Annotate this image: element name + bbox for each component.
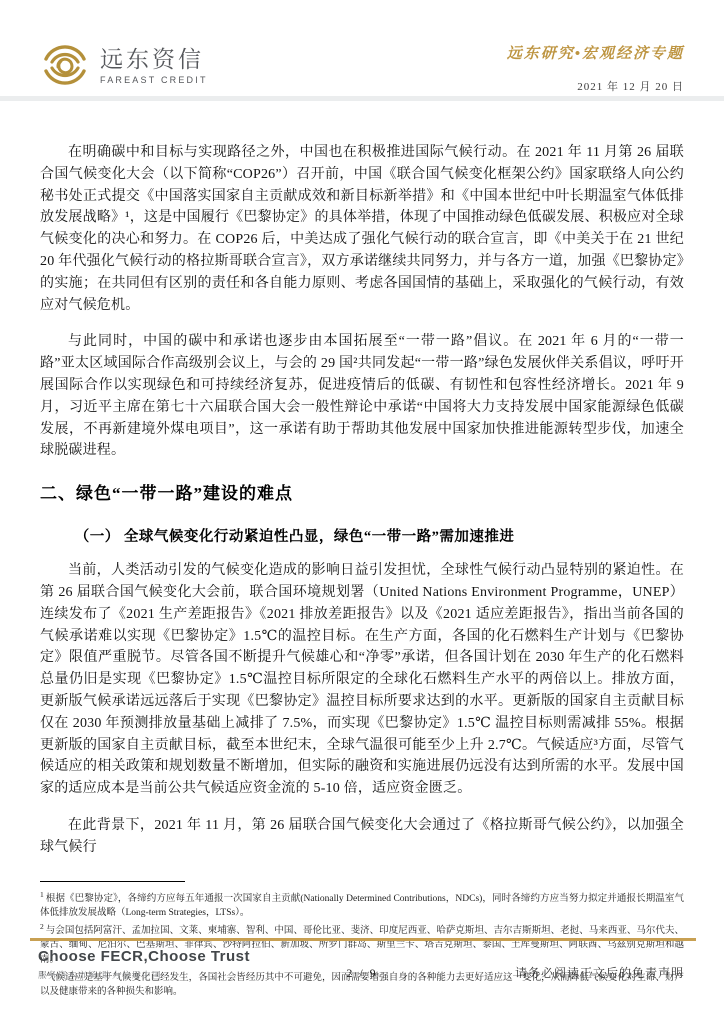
report-page: 远东资信 FAREAST CREDIT 远东研究•宏观经济专题 2021 年 1… [0,0,724,1024]
section-heading: 二、绿色“一带一路”建设的难点 [40,479,684,504]
report-series-title: 远东研究•宏观经济专题 [507,42,684,63]
brand-name-cn: 远东资信 [100,46,208,72]
fareast-credit-logo-icon [40,40,90,90]
footer-divider [30,938,696,941]
paragraph: 与此同时，中国的碳中和承诺也逐步由本国拓展至“一带一路”倡议。在 2021 年 … [40,331,684,462]
page-footer: Choose FECR,Choose Trust 服务资本市场 助力信用中国 2… [0,938,724,998]
footnote-marker: 1 [40,890,44,899]
report-date: 2021 年 12 月 20 日 [577,78,684,94]
brand-block: 远东资信 FAREAST CREDIT [40,40,208,90]
paragraph: 在此背景下，2021 年 11 月，第 26 届联合国气候变化大会通过了《格拉斯… [40,815,684,859]
footnote-separator [40,881,185,882]
footer-slogan-en: Choose FECR,Choose Trust [38,948,250,965]
subsection-heading: （一） 全球气候变化行动紧迫性凸显，绿色“一带一路”需加速推进 [40,525,684,546]
paragraph: 当前，人类活动引发的气候变化造成的影响日益引发担忧，全球性气候行动凸显特别的紧迫… [40,560,684,800]
paragraph: 在明确碳中和目标与实现路径之外，中国也在积极推进国际气候行动。在 2021 年 … [40,142,684,316]
footer-disclaimer: 请务必阅读正文后的免责声明 [515,964,684,981]
brand-text: 远东资信 FAREAST CREDIT [100,46,208,85]
footnote-1: 1根据《巴黎协定》，各缔约方应每五年通报一次国家自主贡献(Nationally … [40,888,684,921]
brand-name-en: FAREAST CREDIT [100,75,208,85]
footnote-marker: 2 [40,922,44,931]
footnote-text: 根据《巴黎协定》，各缔约方应每五年通报一次国家自主贡献(Nationally D… [40,894,684,918]
document-body: 在明确碳中和目标与实现路径之外，中国也在积极推进国际气候行动。在 2021 年 … [40,101,684,999]
page-header: 远东资信 FAREAST CREDIT 远东研究•宏观经济专题 2021 年 1… [0,0,724,96]
